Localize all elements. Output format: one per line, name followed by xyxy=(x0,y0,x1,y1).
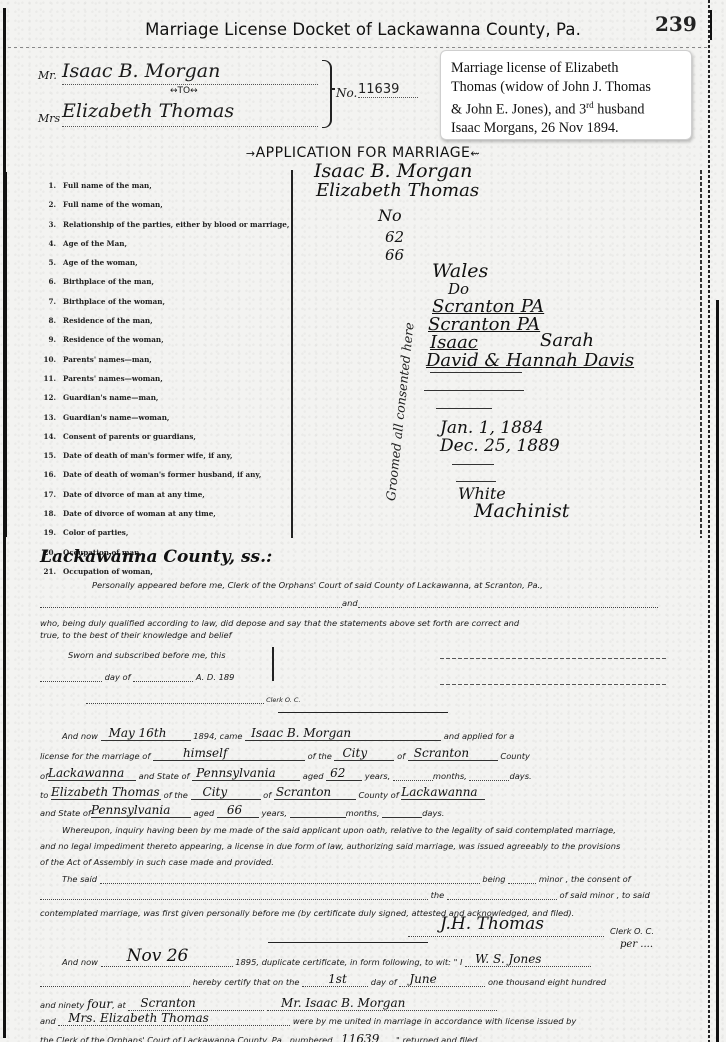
minor-label: minor xyxy=(539,874,563,884)
thousand-label: one thousand eight hundred xyxy=(488,977,606,987)
question-number: 19. xyxy=(40,523,56,542)
officiant-value: W. S. Jones xyxy=(475,952,541,966)
consent-of-label: , the consent of xyxy=(566,874,631,884)
question-item: 16.Date of death of woman's former husba… xyxy=(40,465,290,484)
county-label: County xyxy=(500,751,530,761)
aged-label: aged xyxy=(303,771,324,781)
and-now-label: And now xyxy=(62,731,98,741)
applied-label: and applied for a xyxy=(444,731,515,741)
bride-age-field: 66 xyxy=(217,807,259,818)
day-value: 1st xyxy=(328,972,347,986)
heading-ornament-right-icon: ⇜ xyxy=(470,147,480,160)
question-number: 1. xyxy=(40,176,56,195)
sworn-date-row: day of A. D. 189 xyxy=(40,672,234,682)
date-field: May 16th xyxy=(101,730,191,741)
title-rule xyxy=(8,47,708,48)
deposed-line-1: who, being duly qualified according to l… xyxy=(40,618,519,628)
of-county-label: of xyxy=(40,771,48,781)
certificate-and-label: and xyxy=(40,1016,56,1026)
certify-label: hereby certify that on the xyxy=(193,977,300,987)
blank-party-1 xyxy=(40,598,342,608)
and-label: and xyxy=(342,598,358,608)
bride-state-row: and State ofPennsylvania aged 66 years, … xyxy=(40,807,444,818)
question-item: 13.Guardian's name—woman, xyxy=(40,408,290,427)
question-label: Guardian's name—man, xyxy=(63,393,158,402)
being-label: being xyxy=(482,874,505,884)
question-number: 9. xyxy=(40,330,56,349)
and-state-label: and State of xyxy=(139,771,190,781)
question-item: 12.Guardian's name—man, xyxy=(40,388,290,407)
certificate-clerk-line: the Clerk of the Orphans' Court of Lacka… xyxy=(40,1035,333,1042)
question-label: Age of the woman, xyxy=(63,258,138,267)
answer-occupation-man: Machinist xyxy=(474,500,569,522)
city-field: City xyxy=(334,750,394,761)
question-label: Relationship of the parties, either by b… xyxy=(63,220,289,229)
state-field: Pennsylvania xyxy=(192,770,300,781)
certificate-bride-value: Mrs. Elizabeth Thomas xyxy=(68,1011,209,1025)
certify-row: hereby certify that on the 1st day of Ju… xyxy=(40,977,606,987)
state-row: ofLackawanna and State of Pennsylvania a… xyxy=(40,770,532,781)
groom-field: Mr. Isaac B. Morgan xyxy=(267,1001,497,1011)
bride-county-field: Lackawanna xyxy=(401,789,485,800)
whereupon-line-1: Whereupon, inquiry having been by me mad… xyxy=(62,825,616,835)
application-heading-text: APPLICATION FOR MARRIAGE xyxy=(256,145,471,161)
blank-divorce-woman xyxy=(456,481,496,482)
party-brace-tip xyxy=(330,88,335,90)
annotation-superscript: rd xyxy=(586,100,594,110)
officiant-field: W. S. Jones xyxy=(465,957,591,967)
question-label: Date of divorce of woman at any time, xyxy=(63,509,216,518)
bride-name: Elizabeth Thomas xyxy=(62,100,318,127)
questions-list: 1.Full name of the man,2.Full name of th… xyxy=(40,176,290,581)
bride-prefix: Mrs xyxy=(38,112,60,125)
questions-box-right-rule xyxy=(700,170,702,538)
license-number-row: the Clerk of the Orphans' Court of Lacka… xyxy=(40,1032,480,1042)
answer-age-woman: 66 xyxy=(385,246,404,264)
certificate-and-now-label: And now xyxy=(62,957,98,967)
question-item: 6.Birthplace of the man, xyxy=(40,272,290,291)
question-label: Residence of the woman, xyxy=(63,335,164,344)
section-divider-2 xyxy=(268,942,428,943)
annotation-line-3-tail: husband xyxy=(594,102,645,118)
answer-birthplace-man: Wales xyxy=(432,260,488,282)
county-heading: Lackawanna County, ss.: xyxy=(40,547,272,567)
years-label: years, xyxy=(365,771,390,781)
affidavit-clerk-row: Clerk O. C. xyxy=(86,694,301,704)
bride-state-value: Pennsylvania xyxy=(91,803,171,817)
question-label: Consent of parents or guardians, xyxy=(63,432,196,441)
bride-row: to Elizabeth Thomas of the City of Scran… xyxy=(40,789,485,800)
bride-days-label: days. xyxy=(422,808,444,818)
question-item: 7.Birthplace of the woman, xyxy=(40,292,290,311)
certificate-groom-value: Mr. Isaac B. Morgan xyxy=(281,996,405,1010)
bride-aged-label: aged xyxy=(193,808,214,818)
question-item: 2.Full name of the woman, xyxy=(40,195,290,214)
question-number: 13. xyxy=(40,408,56,427)
question-label: Color of parties, xyxy=(63,528,128,537)
blank-clerk-signature xyxy=(86,694,264,704)
question-label: Occupation of woman, xyxy=(63,567,153,576)
bride-value: Elizabeth Thomas xyxy=(51,785,160,799)
blank-guardian-man xyxy=(430,372,522,373)
section-divider xyxy=(278,712,448,713)
blank-months xyxy=(393,771,433,781)
docket-page: Marriage License Docket of Lackawanna Co… xyxy=(0,0,726,1042)
blank-bride-days xyxy=(382,807,422,818)
groom-name: Isaac B. Morgan xyxy=(62,60,318,85)
united-label: were by me united in marriage in accorda… xyxy=(293,1016,576,1026)
bride-united-row: and Mrs. Elizabeth Thomas were by me uni… xyxy=(40,1016,576,1026)
certificate-bride-field: Mrs. Elizabeth Thomas xyxy=(58,1016,290,1026)
certificate-date-field: Nov 26 xyxy=(101,957,233,967)
bride-city-name-value: Scranton xyxy=(276,785,331,799)
question-number: 18. xyxy=(40,504,56,523)
bride-years-label: years, xyxy=(262,808,287,818)
question-label: Date of divorce of man at any time, xyxy=(63,490,205,499)
question-item: 11.Parents' names—woman, xyxy=(40,369,290,388)
deposed-line-2: true, to the best of their knowledge and… xyxy=(40,630,232,640)
to-label: to xyxy=(40,790,48,800)
ad-year-label: A. D. 189 xyxy=(196,672,235,682)
blank-day xyxy=(40,672,102,682)
question-label: Age of the Man, xyxy=(63,239,127,248)
license-for-row: license for the marriage of himself of t… xyxy=(40,750,530,761)
answer-age-man: 62 xyxy=(385,228,404,246)
page-bracket xyxy=(710,10,712,40)
clerk-signature: J.H. Thomas xyxy=(440,914,544,934)
returned-label: " returned and filed. xyxy=(396,1035,480,1042)
annotation-line-4: Isaac Morgans, 26 Nov 1894. xyxy=(451,119,685,138)
day-of-label: day of xyxy=(105,672,131,682)
answer-parents-man-mother: Sarah xyxy=(540,330,594,351)
appeared-statement: Personally appeared before me, Clerk of … xyxy=(92,580,543,590)
license-for-label: license for the marriage of xyxy=(40,751,150,761)
question-number: 11. xyxy=(40,369,56,388)
the-label: the xyxy=(431,890,445,900)
bride-and-state-label: and State of xyxy=(40,808,91,818)
question-number: 8. xyxy=(40,311,56,330)
answer-man-name: Isaac B. Morgan xyxy=(314,160,472,182)
county-value: Lackawanna xyxy=(48,766,124,780)
day-field: 1st xyxy=(302,977,368,987)
annotation-line-2: Thomas (widow of John J. Thomas xyxy=(451,78,685,97)
question-number: 5. xyxy=(40,253,56,272)
bride-city-value: City xyxy=(203,785,228,799)
answer-death-former-wife: Jan. 1, 1884 xyxy=(440,418,544,438)
blank-month xyxy=(133,672,193,682)
clerk-per: per .... xyxy=(620,939,653,950)
blank-officiant-cont xyxy=(40,977,190,987)
question-item: 19.Color of parties, xyxy=(40,523,290,542)
vertical-marginal-note: Groomed all consented here xyxy=(383,322,417,502)
blank-guardian-woman xyxy=(424,390,524,391)
blank-consent xyxy=(436,408,492,409)
county-of-label: County of xyxy=(358,790,398,800)
question-number: 4. xyxy=(40,234,56,253)
question-label: Full name of the woman, xyxy=(63,200,163,209)
docket-number: 11639 xyxy=(358,82,418,98)
sworn-brace xyxy=(272,647,274,681)
application-heading: →APPLICATION FOR MARRIAGE⇜ xyxy=(0,145,726,161)
month-field: June xyxy=(399,977,485,987)
question-label: Birthplace of the man, xyxy=(63,277,154,286)
question-number: 6. xyxy=(40,272,56,291)
question-number: 3. xyxy=(40,215,56,234)
blank-relation xyxy=(447,890,557,900)
question-label: Parents' names—man, xyxy=(63,355,152,364)
of-the-label: of the xyxy=(308,751,332,761)
question-item: 4.Age of the Man, xyxy=(40,234,290,253)
question-label: Residence of the man, xyxy=(63,316,153,325)
question-item: 10.Parents' names—man, xyxy=(40,350,290,369)
certificate-license-number: 11639 xyxy=(341,1032,379,1042)
city-name-value: Scranton xyxy=(414,746,469,760)
whereupon-line-3: of the Act of Assembly in such case made… xyxy=(40,857,274,867)
place-value: Scranton xyxy=(140,996,195,1010)
bride-age-value: 66 xyxy=(227,803,242,817)
days-label: days. xyxy=(509,771,531,781)
city-value: City xyxy=(342,746,367,760)
and-ninety-label: and ninety xyxy=(40,1000,84,1010)
blank-bride-months xyxy=(290,807,346,818)
bride-city-field: City xyxy=(191,789,261,800)
blank-party-2 xyxy=(358,598,658,608)
whereupon-line-2: and no legal impediment thereto appearin… xyxy=(40,841,620,851)
bride-of-the-label: of the xyxy=(164,790,188,800)
blank-minor-name xyxy=(100,874,480,884)
groom-age-field: 62 xyxy=(326,770,362,781)
question-item: 17.Date of divorce of man at any time, xyxy=(40,485,290,504)
answer-parents-woman: David & Hannah Davis xyxy=(426,350,634,371)
and-now-row: And now May 16th 1894, came Isaac B. Mor… xyxy=(62,730,514,741)
month-value: June xyxy=(409,972,436,986)
question-number: 12. xyxy=(40,388,56,407)
page-number: 239 xyxy=(655,12,697,36)
question-number: 14. xyxy=(40,427,56,446)
deponent-signature-line-1 xyxy=(440,658,668,659)
bride-field: Elizabeth Thomas xyxy=(51,789,161,800)
question-number: 17. xyxy=(40,485,56,504)
minor-consent-row-2: the of said minor , to said xyxy=(40,890,650,900)
at-label: , at xyxy=(112,1000,126,1010)
answer-woman-name: Elizabeth Thomas xyxy=(316,180,479,201)
question-item: 14.Consent of parents or guardians, xyxy=(40,427,290,446)
question-label: Date of death of man's former wife, if a… xyxy=(63,451,233,460)
question-item: 5.Age of the woman, xyxy=(40,253,290,272)
minor-consent-row: The said being minor , the consent of xyxy=(62,874,631,884)
question-label: Date of death of woman's former husband,… xyxy=(63,470,261,479)
question-label: Full name of the man, xyxy=(63,181,152,190)
docket-number-label: No. xyxy=(336,86,357,100)
annotation-callout: Marriage license of Elizabeth Thomas (wi… xyxy=(440,50,692,140)
question-item: 3.Relationship of the parties, either by… xyxy=(40,215,290,234)
question-item: 9.Residence of the woman, xyxy=(40,330,290,349)
blank-days xyxy=(469,771,509,781)
year-came-label: 1894, came xyxy=(193,731,242,741)
answer-death-former-husband: Dec. 25, 1889 xyxy=(440,436,560,456)
heading-ornament-left-icon: → xyxy=(246,147,256,160)
question-number: 2. xyxy=(40,195,56,214)
year-written-value: four xyxy=(87,997,112,1011)
of-label: of xyxy=(397,751,405,761)
certificate-date-value: Nov 26 xyxy=(127,946,189,966)
applicant-field: Isaac B. Morgan xyxy=(245,730,441,741)
question-item: 8.Residence of the man, xyxy=(40,311,290,330)
certificate-and-now-row: And now Nov 26 1895, duplicate certifica… xyxy=(62,957,591,967)
bride-city-name-field: Scranton xyxy=(274,789,356,800)
question-item: 1.Full name of the man, xyxy=(40,176,290,195)
clerk-label: Clerk O. C. xyxy=(610,926,654,936)
docket-title: Marriage License Docket of Lackawanna Co… xyxy=(0,20,726,39)
to-said-label: , to said xyxy=(617,890,650,900)
question-item: 18.Date of divorce of woman at any time, xyxy=(40,504,290,523)
bride-of-label: of xyxy=(263,790,271,800)
bride-state-field: Pennsylvania xyxy=(91,807,191,818)
annotation-line-3: & John E. Jones), and 3rd husband xyxy=(451,96,685,119)
date-written: May 16th xyxy=(109,726,167,740)
himself-field: himself xyxy=(153,750,305,761)
applicant-name: Isaac B. Morgan xyxy=(251,726,351,740)
himself-value: himself xyxy=(183,746,227,760)
groom-prefix: Mr. xyxy=(38,69,57,82)
question-label: Guardian's name—woman, xyxy=(63,413,169,422)
question-number: 10. xyxy=(40,350,56,369)
place-field: Scranton xyxy=(128,1001,264,1011)
question-number: 16. xyxy=(40,465,56,484)
question-item: 15.Date of death of man's former wife, i… xyxy=(40,446,290,465)
affidavit-clerk-label: Clerk O. C. xyxy=(266,696,300,704)
county-field: Lackawanna xyxy=(48,770,136,781)
blank-divorce-man xyxy=(452,464,494,465)
party-brace xyxy=(322,60,332,128)
answer-relationship: No xyxy=(378,206,402,225)
certificate-year-label: 1895, duplicate certificate, in form fol… xyxy=(235,957,462,967)
city-name-field: Scranton xyxy=(408,750,498,761)
certificate-day-of-label: day of xyxy=(371,977,397,987)
annotation-line-1: Marriage license of Elizabeth xyxy=(451,59,685,78)
blank-being xyxy=(508,874,536,884)
bride-county-value: Lackawanna xyxy=(401,785,477,799)
deponent-signature-line-2 xyxy=(440,684,666,685)
groom-age-value: 62 xyxy=(330,766,345,780)
months-label: months, xyxy=(433,771,467,781)
the-said-label: The said xyxy=(62,874,97,884)
page-border-right-outer xyxy=(716,300,719,1042)
question-label: Parents' names—woman, xyxy=(63,374,163,383)
state-value: Pennsylvania xyxy=(196,766,276,780)
of-said-minor-label: of said minor xyxy=(560,890,614,900)
question-number: 7. xyxy=(40,292,56,311)
blank-consenter xyxy=(40,890,428,900)
bride-months-label: months, xyxy=(346,808,380,818)
questions-box-left-rule xyxy=(4,172,7,537)
place-row: and ninety four, at Scranton Mr. Isaac B… xyxy=(40,997,497,1011)
question-number: 15. xyxy=(40,446,56,465)
questions-box-divider xyxy=(291,170,293,538)
annotation-line-3-text: & John E. Jones), and 3 xyxy=(451,102,586,118)
appeared-names-row: and xyxy=(40,598,658,608)
question-label: Birthplace of the woman, xyxy=(63,297,165,306)
sworn-statement: Sworn and subscribed before me, this xyxy=(68,650,226,660)
to-separator: ↔TO↔ xyxy=(170,86,198,96)
